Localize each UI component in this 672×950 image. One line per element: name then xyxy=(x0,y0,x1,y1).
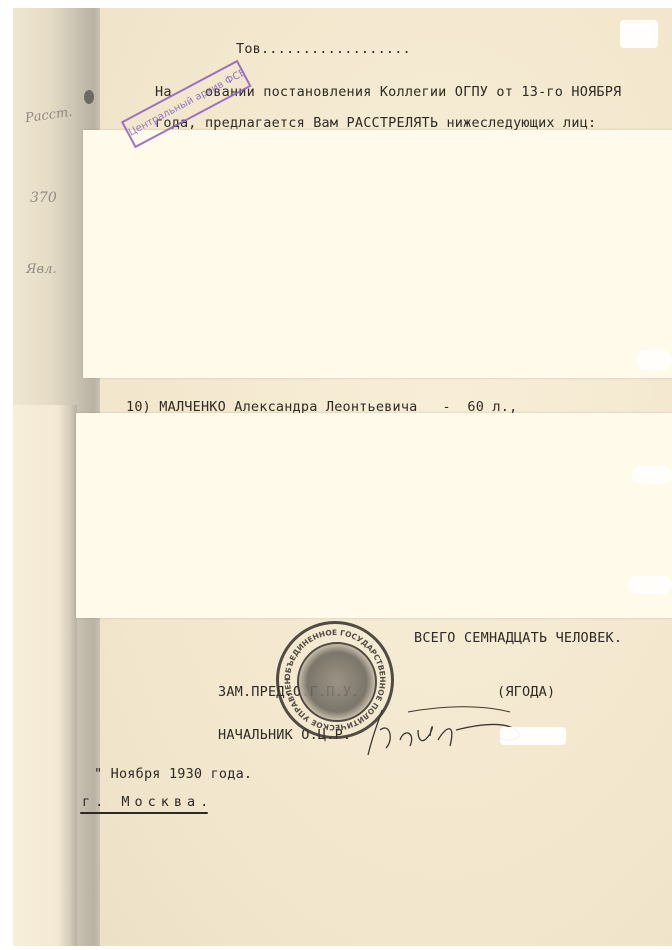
deputy-name: (ЯГОДА) xyxy=(497,684,555,700)
city: г. Москва. xyxy=(82,794,213,810)
tape-patch xyxy=(620,20,658,48)
redacted-block xyxy=(83,130,672,378)
total-count: ВСЕГО СЕМНАДЦАТЬ ЧЕЛОВЕК. xyxy=(414,630,622,646)
margin-note: Явл. xyxy=(26,262,56,277)
tape-patch xyxy=(636,350,672,370)
intro-line-2: года, предлагается Вам РАССТРЕЛЯТЬ нижес… xyxy=(155,115,596,131)
margin-note: 370 xyxy=(30,190,57,206)
tape-patch xyxy=(628,576,672,594)
city-underline xyxy=(80,812,208,814)
punch-hole xyxy=(84,90,94,104)
tape-patch xyxy=(632,466,672,484)
redacted-block xyxy=(76,413,672,618)
lower-left-edge xyxy=(13,405,77,946)
tape-patch xyxy=(500,727,566,745)
salutation: Тов.................. xyxy=(236,41,411,57)
date-line: " Ноября 1930 года. xyxy=(94,766,252,782)
